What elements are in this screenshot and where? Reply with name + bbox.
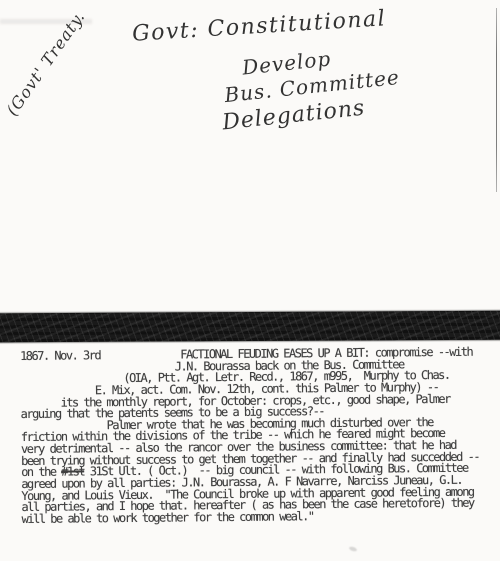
- typed-entry: 1867. Nov. 3rdFACTIONAL FEUDING EASES UP…: [20, 346, 500, 525]
- scanned-archive-card: Govt: Constitutional Develop Bus. Commit…: [0, 0, 500, 561]
- scan-artifact-vertical-line: [496, 8, 497, 192]
- scan-speck: [349, 546, 358, 552]
- handwritten-heading: Govt: Constitutional: [131, 6, 386, 46]
- typed-line: will be able to work together for the co…: [22, 509, 500, 525]
- black-separator-band: [0, 311, 500, 343]
